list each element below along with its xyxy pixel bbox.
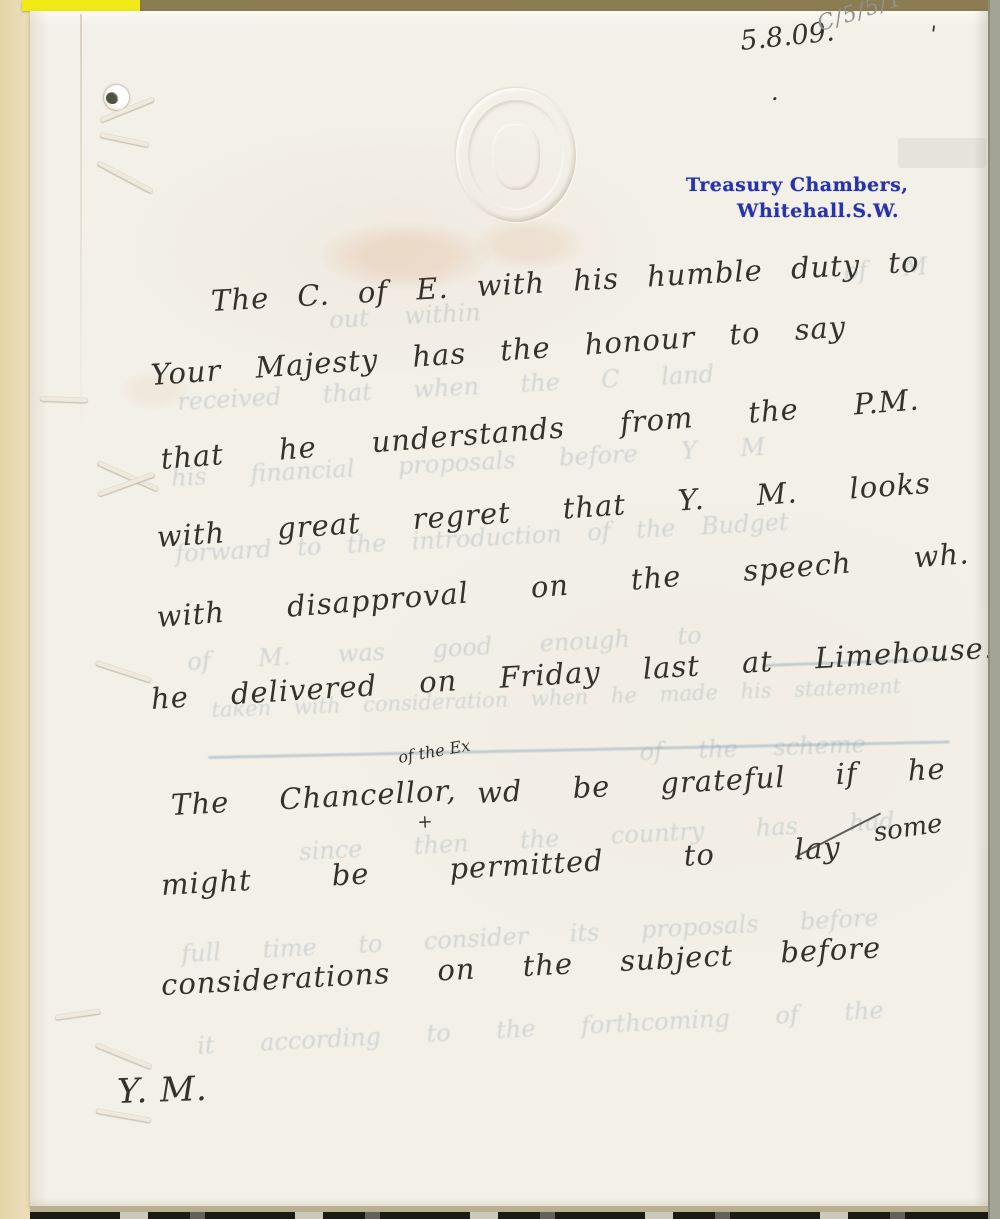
letterhead-line1: Treasury Chambers, [686, 174, 908, 196]
embossed-seal-shield [492, 124, 540, 190]
letter-signoff: Y. M. [117, 1069, 209, 1112]
punch-hole-shadow [106, 92, 119, 104]
stray-ink-dot: . [771, 78, 779, 106]
letter-line-7-caret: + [417, 811, 433, 833]
right-edge-band [988, 0, 1000, 1219]
letterhead-line2: Whitehall.S.W. [737, 200, 899, 222]
next-page-dark-strip [30, 1212, 988, 1219]
verso-stamp-smudge [898, 138, 986, 168]
underlying-page-edge [80, 14, 82, 434]
yellow-tab-strip [22, 0, 140, 11]
foxing-stain [475, 218, 585, 270]
photographed-letter-page: 5.8.09. C/5/5/1 ' . Treasury Chambers, W… [0, 0, 1000, 1219]
